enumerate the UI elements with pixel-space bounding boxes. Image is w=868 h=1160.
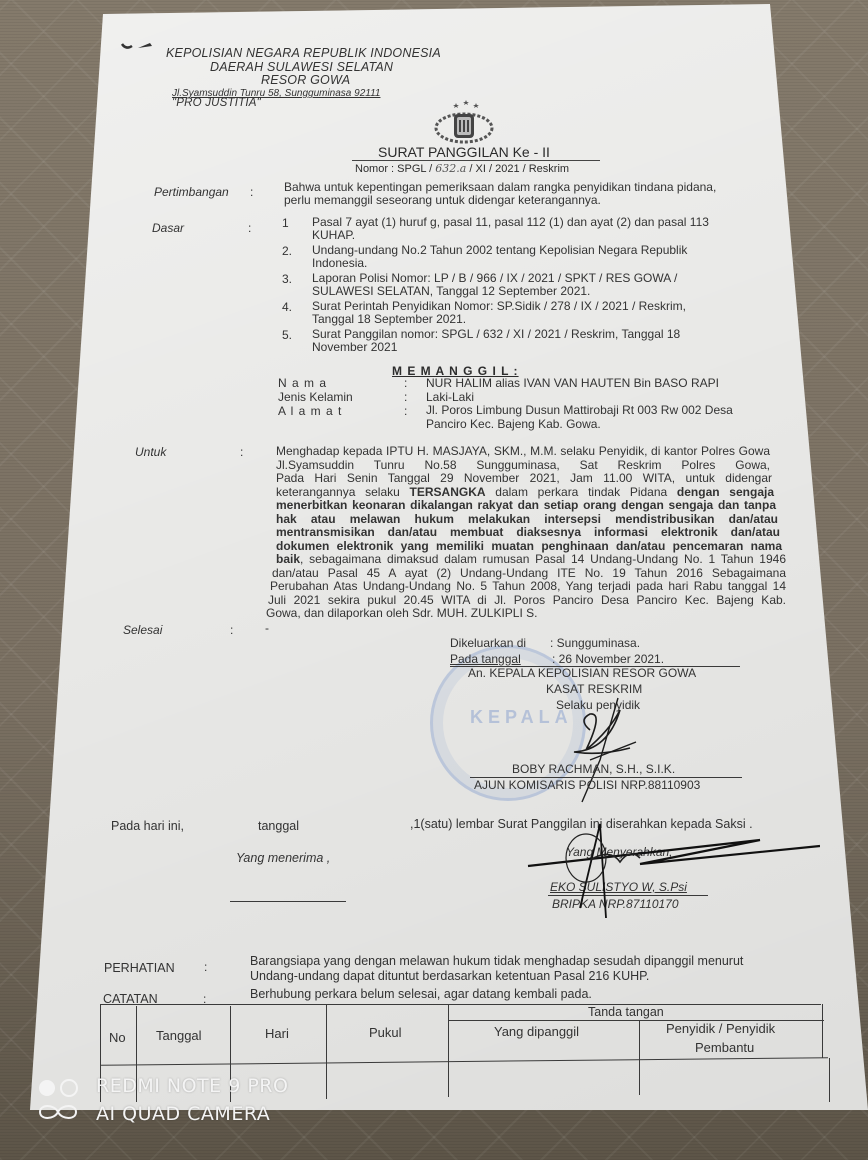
untuk-label: Untuk bbox=[135, 446, 166, 460]
title-underline bbox=[352, 160, 600, 161]
selesai-colon: : bbox=[230, 624, 233, 638]
table-col-border bbox=[822, 1004, 823, 1058]
alamat-value: Jl. Poros Limbung Dusun Mattirobaji Rt 0… bbox=[426, 404, 733, 418]
untuk-colon: : bbox=[240, 446, 243, 460]
signer-rank: AJUN KOMISARIS POLISI NRP.88110903 bbox=[474, 779, 700, 793]
table-header-pembantu: Pembantu bbox=[695, 1041, 754, 1055]
dasar-item-number: 1 bbox=[282, 217, 289, 231]
table-header-no: No bbox=[109, 1031, 126, 1045]
issued-place-label: Dikeluarkan di bbox=[450, 637, 526, 651]
receipt-statement: ,1(satu) lembar Surat Panggilan ini dise… bbox=[410, 818, 753, 832]
deliverer-label: Yang Menyerahkan, bbox=[566, 846, 673, 860]
recipient-signature-line bbox=[230, 901, 346, 902]
dasar-item-line2: November 2021 bbox=[312, 341, 397, 355]
gender-label: Jenis Kelamin bbox=[278, 391, 353, 405]
number-handwritten: 632.a bbox=[435, 162, 466, 175]
dasar-label: Dasar bbox=[152, 222, 184, 236]
letterhead-line1: KEPOLISIAN NEGARA REPUBLIK INDONESIA bbox=[166, 46, 441, 60]
table-col-border bbox=[326, 1005, 327, 1099]
table-header-yang-dipanggil: Yang dipanggil bbox=[494, 1025, 579, 1039]
issued-date-label: Pada tanggal bbox=[450, 653, 521, 667]
receipt-date-label: tanggal bbox=[258, 820, 299, 834]
deliverer-rank: BRIPKA NRP.87110170 bbox=[552, 898, 679, 912]
pertimbangan-line2: perlu memanggil seseorang untuk didengar… bbox=[284, 194, 601, 208]
perhatian-line2: Undang-undang dapat dituntut berdasarkan… bbox=[250, 970, 649, 984]
table-group-header: Tanda tangan bbox=[588, 1006, 664, 1020]
dasar-item-number: 2. bbox=[282, 245, 292, 259]
dasar-item-number: 5. bbox=[282, 329, 292, 343]
table-header-penyidik: Penyidik / Penyidik bbox=[666, 1022, 775, 1036]
untuk-line: Perubahan Atas Undang-Undang No. 5 Tahun… bbox=[270, 580, 786, 594]
gender-colon: : bbox=[404, 391, 407, 405]
selesai-label: Selesai bbox=[123, 624, 162, 638]
recipient-label: Yang menerima , bbox=[236, 852, 330, 866]
signer-name: BOBY RACHMAN, S.H., S.I.K. bbox=[512, 763, 675, 777]
table-col-border bbox=[829, 1058, 830, 1102]
nama-label: N a m a bbox=[278, 377, 327, 391]
watermark-device: REDMI NOTE 9 PRO bbox=[96, 1075, 288, 1097]
dasar-item-number: 4. bbox=[282, 301, 292, 315]
dasar-item-line1: Pasal 7 ayat (1) huruf g, pasal 11, pasa… bbox=[312, 216, 709, 230]
table-col-border bbox=[448, 1004, 449, 1097]
untuk-line: Gowa, dan dilaporkan oleh Sdr. MUH. ZULK… bbox=[266, 607, 786, 621]
dasar-item-line2: Tanggal 18 September 2021. bbox=[312, 313, 466, 327]
letterhead-line2: DAERAH SULAWESI SELATAN bbox=[210, 60, 393, 74]
document-title: SURAT PANGGILAN Ke - II bbox=[378, 145, 550, 159]
catatan-text: Berhubung perkara belum selesai, agar da… bbox=[250, 988, 592, 1002]
alamat-value-line2: Panciro Kec. Bajeng Kab. Gowa. bbox=[426, 418, 601, 432]
motto: "PRO JUSTITIA" bbox=[172, 96, 261, 110]
dasar-item-line2: Indonesia. bbox=[312, 257, 367, 271]
untuk-line: baik, sebagaimana dimaksud dalam rumusan… bbox=[276, 553, 786, 567]
issued-place-value: : Sungguminasa. bbox=[550, 637, 640, 651]
camera-logo-icon bbox=[38, 1078, 82, 1122]
nama-value: NUR HALIM alias IVAN VAN HAUTEN Bin BASO… bbox=[426, 377, 719, 391]
letterhead-line3: RESOR GOWA bbox=[261, 73, 350, 87]
table-col-border bbox=[639, 1020, 640, 1095]
dasar-item-line2: SULAWESI SELATAN, Tanggal 12 September 2… bbox=[312, 285, 590, 299]
dasar-item-number: 3. bbox=[282, 273, 292, 287]
pertimbangan-label: Pertimbangan bbox=[154, 186, 229, 200]
watermark-camera: AI QUAD CAMERA bbox=[96, 1103, 270, 1125]
perhatian-line1: Barangsiapa yang dengan melawan hukum ti… bbox=[250, 955, 743, 969]
issued-date-value: : 26 November 2021. bbox=[552, 653, 664, 667]
deliverer-name: EKO SULISTYO W, S.Psi bbox=[550, 881, 687, 895]
selesai-value: - bbox=[265, 622, 269, 636]
dasar-item-line2: KUHAP. bbox=[312, 229, 355, 243]
police-emblem-icon bbox=[432, 100, 496, 146]
number-prefix: Nomor : SPGL / bbox=[355, 163, 435, 175]
nama-colon: : bbox=[404, 377, 407, 391]
table-top-border bbox=[101, 1004, 821, 1005]
table-header-tanggal: Tanggal bbox=[156, 1029, 202, 1043]
dasar-item-line1: Undang-undang No.2 Tahun 2002 tentang Ke… bbox=[312, 244, 687, 258]
on-behalf-line: An. KEPALA KEPOLISIAN RESOR GOWA bbox=[468, 667, 696, 681]
perhatian-colon: : bbox=[204, 961, 207, 975]
document-number: Nomor : SPGL / 632.a / XI / 2021 / Reskr… bbox=[355, 162, 569, 176]
pertimbangan-colon: : bbox=[250, 186, 253, 200]
alamat-colon: : bbox=[404, 405, 407, 419]
perhatian-label: PERHATIAN bbox=[104, 962, 175, 976]
deliverer-divider bbox=[548, 895, 708, 896]
role-line: Selaku penyidik bbox=[556, 699, 640, 713]
untuk-line: Menghadap kepada IPTU H. MASJAYA, SKM., … bbox=[276, 445, 770, 459]
table-header-hari: Hari bbox=[265, 1027, 289, 1041]
alamat-label: A l a m a t bbox=[278, 405, 342, 419]
table-header-pukul: Pukul bbox=[369, 1026, 402, 1040]
receipt-day-label: Pada hari ini, bbox=[111, 820, 184, 834]
position-line: KASAT RESKRIM bbox=[546, 683, 642, 697]
number-suffix: / XI / 2021 / Reskrim bbox=[466, 163, 569, 175]
dasar-colon: : bbox=[248, 222, 251, 236]
